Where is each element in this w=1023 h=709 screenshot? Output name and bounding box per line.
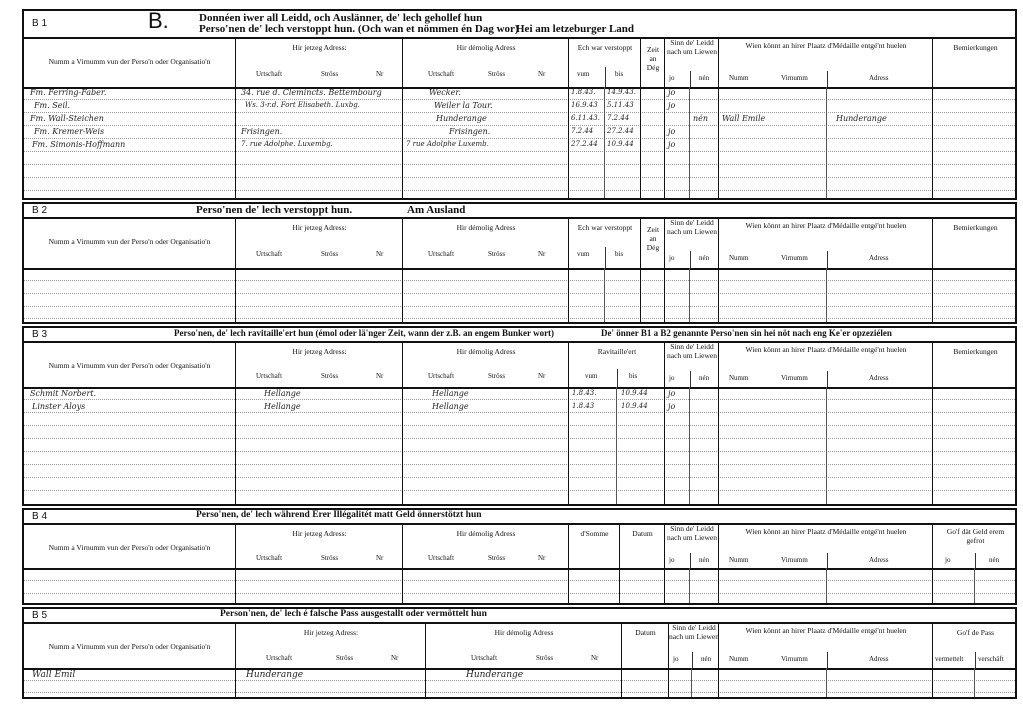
header-adress: Adress — [869, 374, 888, 382]
header-numm: Numm — [729, 556, 748, 564]
title: Perso'nen, de' lech ravitaille'ert hun (… — [174, 328, 554, 338]
section-code: B 3 — [32, 329, 47, 340]
header-medal: Wien könnt an hirer Plaatz d'Médaille en… — [719, 527, 933, 536]
header-stross: Ströss — [488, 372, 505, 380]
header-jo: jo — [669, 74, 674, 82]
header-nr: Nr — [376, 70, 383, 78]
b1-row-current-address: Frisingen. — [241, 127, 282, 136]
header-nr: Nr — [376, 554, 383, 562]
header-hidden: Ech war verstoppt — [569, 223, 641, 232]
header-virnumm: Virnumm — [781, 254, 808, 262]
b1-row-jo: jo — [668, 88, 675, 97]
b1-row-old-address: Frisingen. — [449, 127, 490, 136]
section-b4: B 4 Perso'nen, de' lech während Erer Ill… — [22, 508, 1017, 605]
header-current-address: Hir jetzeg Adress: — [236, 628, 426, 637]
header-nr: Nr — [591, 654, 598, 662]
header-jo: jo — [669, 556, 674, 564]
header-name: Numm a Virnumm vun der Perso'n oder Orga… — [24, 237, 235, 246]
header-medal: Wien könnt an hirer Plaatz d'Médaille en… — [719, 221, 933, 230]
b1-row-vum: 16.9.43 — [571, 101, 598, 109]
b3-row-name: Linster Aloys — [32, 402, 85, 411]
title-right: Am Ausland — [407, 204, 465, 216]
section-code: B 2 — [32, 205, 47, 216]
form-letter: B. — [148, 8, 169, 34]
header-medal: Wien könnt an hirer Plaatz d'Médaille en… — [719, 41, 933, 50]
section-code: B 5 — [32, 610, 47, 621]
header-alive: Sinn de' Leidd nach um Liewen — [669, 623, 719, 641]
header-nen: nén — [699, 374, 709, 382]
header-current-address: Hir jetzeg Adress: — [236, 529, 403, 538]
b5-row-name: Wall Emil — [32, 670, 75, 680]
header-jo: jo — [945, 556, 950, 564]
b1-row-vum: 6.11.43. — [571, 114, 600, 122]
header-remarks: Bemierkungen — [933, 43, 1018, 52]
column-header: Numm a Virnumm vun der Perso'n oder Orga… — [24, 622, 1015, 670]
header-adress: Adress — [869, 74, 888, 82]
b1-row-old-address: 7 rue Adolphe Luxemb. — [406, 140, 489, 148]
header-stross: Ströss — [488, 554, 505, 562]
section-b3: B 3 Perso'nen, de' lech ravitaille'ert h… — [22, 326, 1017, 506]
header-jo: jo — [669, 254, 674, 262]
b1-row-bis: 14.9.43. — [607, 88, 636, 96]
header-virnumm: Virnumm — [781, 74, 808, 82]
header-urtschaft: Urtschaft — [428, 554, 454, 562]
header-nen: nén — [989, 556, 999, 564]
b1-row-jo: jo — [668, 140, 675, 149]
header-old-address: Hir démolig Adress — [403, 223, 569, 232]
b1-row-bis: 27.2.44 — [607, 127, 634, 135]
b1-row-bis: 5.11.43 — [607, 101, 634, 109]
header-adress: Adress — [869, 655, 888, 663]
b1-row-vum: 27.2.44 — [571, 140, 598, 148]
header-nr: Nr — [538, 372, 545, 380]
header-alive: Sinn de' Leidd nach um Liewen — [665, 524, 719, 542]
header-urtschaft: Urtschaft — [428, 250, 454, 258]
header-numm: Numm — [729, 374, 748, 382]
b1-row-vum: 7.2.44 — [571, 127, 593, 135]
header-nr: Nr — [538, 554, 545, 562]
header-stross: Ströss — [488, 70, 505, 78]
b1-row-old-address: Weiler la Tour. — [434, 101, 493, 110]
header-medal: Wien könnt an hirer Plaatz d'Médaille en… — [719, 626, 933, 635]
header-bis: bis — [615, 70, 623, 78]
header-hidden: Ech war verstoppt — [569, 43, 641, 52]
b5-row-current-address: Hunderange — [246, 670, 303, 680]
header-urtschaft: Urtschaft — [428, 372, 454, 380]
b1-row-jo: jo — [668, 101, 675, 110]
header-jo: jo — [669, 374, 674, 382]
header-alive: Sinn de' Leidd nach um Liewen — [665, 342, 719, 360]
header-nen: nén — [699, 254, 709, 262]
header-urtschaft: Urtschaft — [256, 70, 282, 78]
header-nr: Nr — [376, 372, 383, 380]
b3-row-vum: 1.8.43. — [572, 389, 597, 397]
header-name: Numm a Virnumm vun der Perso'n oder Orga… — [24, 543, 235, 552]
section-code: B 1 — [32, 18, 47, 29]
b1-row-old-address: Hunderange — [436, 114, 487, 123]
header-nr: Nr — [376, 250, 383, 258]
b1-row-name: Fm. Seil. — [34, 101, 70, 110]
header-somme: d'Somme — [569, 529, 620, 538]
b2-rows — [24, 268, 1015, 322]
section-b1: B 1 B. Donnéen iwer all Leidd, och Auslä… — [22, 9, 1017, 200]
header-virnumm: Virnumm — [781, 374, 808, 382]
column-header: Numm a Virnumm vun der Perso'n oder Orga… — [24, 37, 1015, 89]
header-urtschaft: Urtschaft — [256, 372, 282, 380]
header-name: Numm a Virnumm vun der Perso'n oder Orga… — [24, 361, 235, 370]
header-stross: Ströss — [321, 70, 338, 78]
header-datum: Datum — [620, 529, 665, 538]
b1-row-name: Fm. Ferring-Faber. — [30, 88, 106, 97]
header-vermettelt: vermettelt — [935, 655, 963, 663]
header-nen: nén — [699, 74, 709, 82]
b3-row-old-address: Hellange — [432, 402, 469, 411]
b3-row-old-address: Hellange — [432, 389, 469, 398]
header-jo: jo — [673, 655, 678, 663]
title-right: De' önner B1 a B2 genannte Perso'nen sin… — [601, 328, 892, 338]
b1-row-current-address: 7. rue Adolphe. Luxembg. — [241, 140, 333, 148]
column-header: Numm a Virnumm vun der Perso'n oder Orga… — [24, 523, 1015, 570]
header-stross: Ströss — [536, 654, 553, 662]
b1-rows: Fm. Ferring-Faber. 34. rue d. Clemincts.… — [24, 87, 1015, 198]
header-numm: Numm — [729, 74, 748, 82]
b3-row-jo: jo — [668, 389, 675, 398]
header-urtschaft: Urtschaft — [266, 654, 292, 662]
title: Perso'nen, de' lech während Erer Illégal… — [196, 510, 482, 520]
b3-row-bis: 10.9.44 — [621, 402, 648, 410]
b1-row-bis: 7.2.44 — [607, 114, 629, 122]
header-vum: vum — [577, 250, 589, 258]
b1-row-bis: 10.9.44 — [607, 140, 634, 148]
header-bis: bis — [615, 250, 623, 258]
header-vum: vum — [585, 372, 597, 380]
b1-row-medal-name: Wall Emile — [722, 114, 765, 123]
header-medal: Wien könnt an hirer Plaatz d'Médaille en… — [719, 345, 933, 354]
title: Person'nen, de' lech é falsche Pass ausg… — [220, 609, 487, 619]
header-zeit: Zeit an Dég — [641, 45, 665, 72]
b1-row-nen: nén — [693, 114, 708, 123]
header-alive: Sinn de' Leidd nach um Liewen — [665, 38, 719, 56]
header-nr: Nr — [538, 250, 545, 258]
header-stross: Ströss — [321, 372, 338, 380]
title: Perso'nen de' lech verstoppt hun. — [196, 204, 352, 216]
section-b2: B 2 Perso'nen de' lech verstoppt hun. Am… — [22, 202, 1017, 324]
header-old-address: Hir démolig Adress — [403, 347, 569, 356]
column-header: Numm a Virnumm vun der Perso'n oder Orga… — [24, 217, 1015, 270]
b1-row-medal-address: Hunderange — [836, 114, 887, 123]
header-zeit: Zeit an Dég — [641, 225, 665, 252]
header-money-given: Go'f dät Geld erem gefrot — [933, 527, 1018, 545]
b4-rows — [24, 568, 1015, 603]
column-header: Numm a Virnumm vun der Perso'n oder Orga… — [24, 341, 1015, 389]
b3-row-current-address: Hellange — [264, 402, 301, 411]
header-name: Numm a Virnumm vun der Perso'n oder Orga… — [24, 57, 235, 66]
header-current-address: Hir jetzeg Adress: — [236, 347, 403, 356]
header-old-address: Hir démolig Adress — [403, 43, 569, 52]
header-current-address: Hir jetzeg Adress: — [236, 223, 403, 232]
title-line-2: Perso'nen de' lech verstoppt hun. (Och w… — [199, 23, 519, 35]
b1-row-current-address: 34. rue d. Clemincts. Bettembourg — [241, 88, 382, 97]
b1-row-vum: 1.8.43. — [571, 88, 596, 96]
header-name: Numm a Virnumm vun der Perso'n oder Orga… — [24, 642, 235, 651]
b3-row-name: Schmit Norbert. — [30, 389, 96, 398]
section-b1-title: B 1 B. Donnéen iwer all Leidd, och Auslä… — [24, 11, 1015, 39]
header-stross: Ströss — [336, 654, 353, 662]
b1-row-name: Fm. Kremer-Weis — [34, 127, 104, 136]
header-stross: Ströss — [321, 250, 338, 258]
header-numm: Numm — [729, 254, 748, 262]
header-remarks: Bemierkungen — [933, 347, 1018, 356]
header-nr: Nr — [538, 70, 545, 78]
section-code: B 4 — [32, 511, 47, 522]
header-numm: Numm — [729, 655, 748, 663]
header-pass: Go'f de Pass — [933, 628, 1018, 637]
b3-row-current-address: Hellange — [264, 389, 301, 398]
header-datum: Datum — [622, 628, 669, 637]
b5-row-old-address: Hunderange — [466, 670, 523, 680]
b3-row-jo: jo — [668, 402, 675, 411]
header-adress: Adress — [869, 556, 888, 564]
title-right: Hei am letzeburger Land — [516, 23, 634, 35]
b3-row-vum: 1.8.43 — [572, 402, 594, 410]
header-stross: Ströss — [488, 250, 505, 258]
b1-row-name: Fm. Wall-Steichen — [30, 114, 104, 123]
section-b5: B 5 Person'nen, de' lech é falsche Pass … — [22, 607, 1017, 699]
b1-row-current-address: Ws. 3-r.d. Fort Elisabeth. Luxbg. — [245, 101, 360, 109]
header-bis: bis — [629, 372, 637, 380]
b1-row-old-address: Wecker. — [429, 88, 461, 97]
b1-row-jo: jo — [668, 127, 675, 136]
b3-row-bis: 10.9.44 — [621, 389, 648, 397]
b1-row-name: Fm. Simonis-Hoffmann — [32, 140, 125, 149]
header-remarks: Bemierkungen — [933, 223, 1018, 232]
header-virnumm: Virnumm — [781, 655, 808, 663]
header-urtschaft: Urtschaft — [428, 70, 454, 78]
header-old-address: Hir démolig Adress — [403, 529, 569, 538]
b5-rows: Wall Emil Hunderange Hunderange — [24, 668, 1015, 697]
header-current-address: Hir jetzeg Adress: — [236, 43, 403, 52]
header-nen: nén — [701, 655, 711, 663]
header-virnumm: Virnumm — [781, 556, 808, 564]
header-urtschaft: Urtschaft — [256, 554, 282, 562]
header-nen: nén — [699, 556, 709, 564]
header-stross: Ströss — [321, 554, 338, 562]
header-urtschaft: Urtschaft — [471, 654, 497, 662]
header-old-address: Hir démolig Adress — [426, 628, 622, 637]
header-urtschaft: Urtschaft — [256, 250, 282, 258]
header-verschaft: verschäft — [978, 655, 1004, 663]
header-supplied: Ravitaille'ert — [569, 347, 665, 356]
header-vum: vum — [577, 70, 589, 78]
b3-rows: Schmit Norbert. Hellange Hellange 1.8.43… — [24, 387, 1015, 504]
header-alive: Sinn de' Leidd nach um Liewen — [665, 218, 719, 236]
header-adress: Adress — [869, 254, 888, 262]
header-nr: Nr — [391, 654, 398, 662]
